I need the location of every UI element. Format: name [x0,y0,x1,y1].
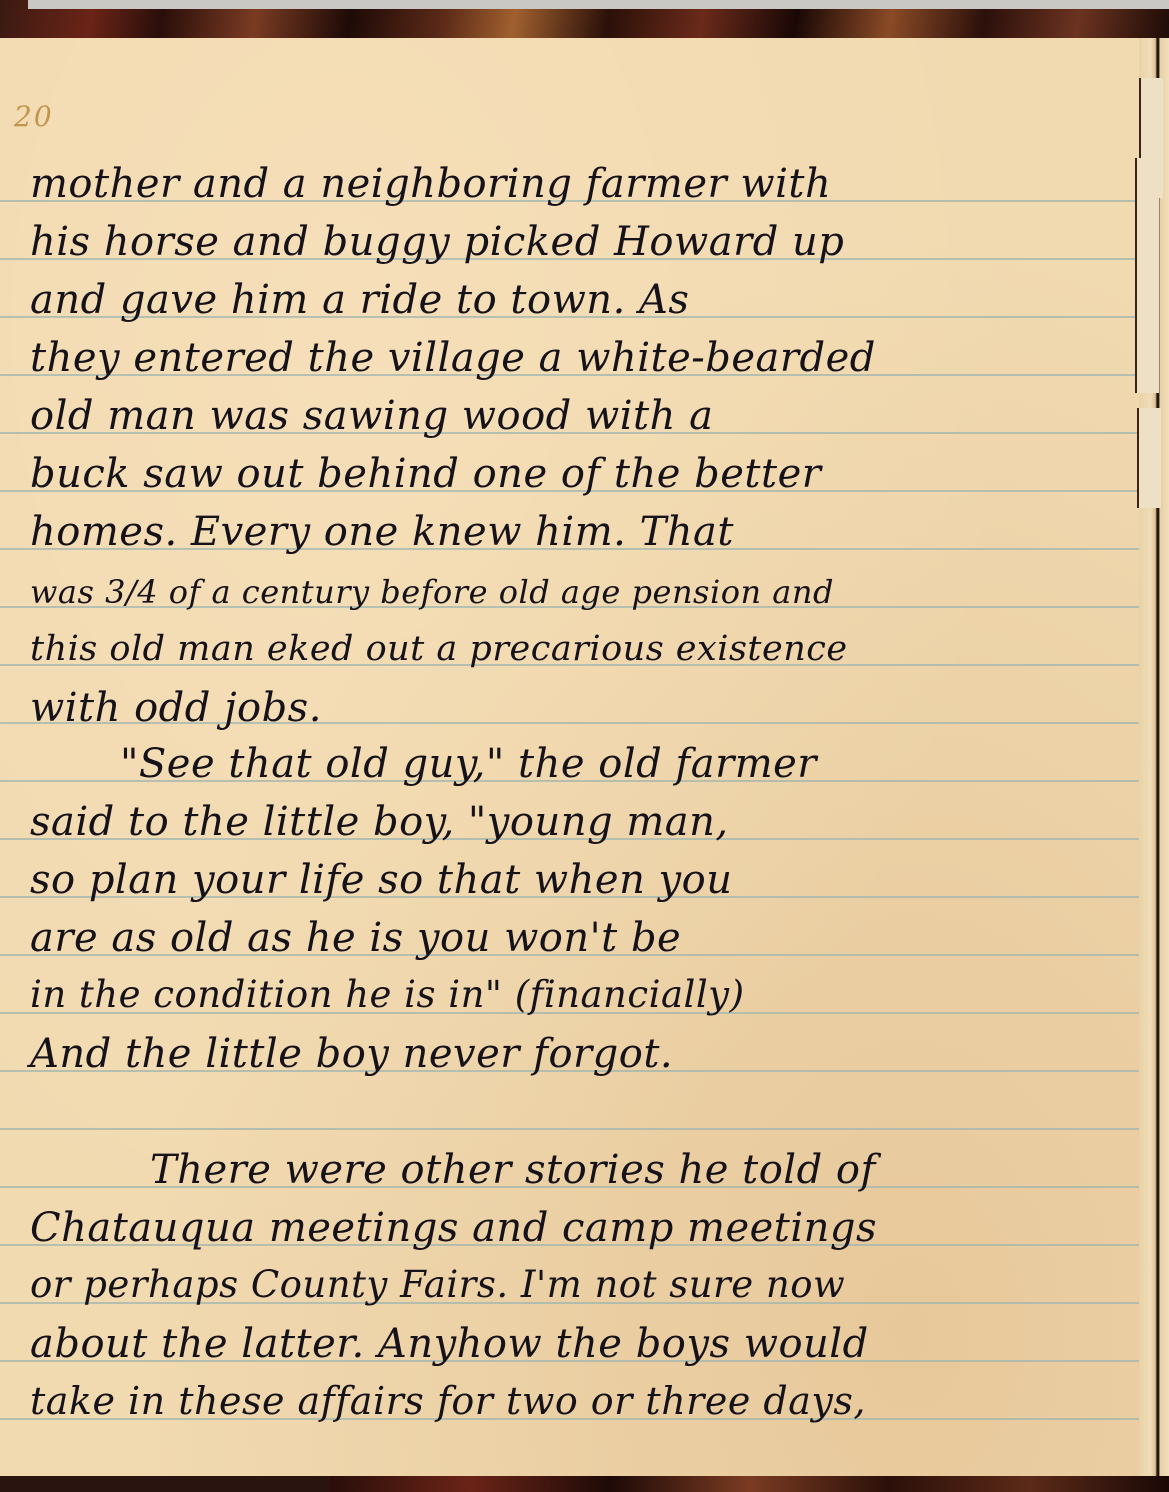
notebook-cover-bottom-edge [330,1476,1169,1492]
handwritten-line: was 3/4 of a century before old age pens… [30,576,834,608]
handwritten-line: they entered the village a white-bearded [30,338,876,378]
handwritten-line: "See that old guy," the old farmer [120,744,817,784]
handwritten-line: in the condition he is in" (financially) [30,976,745,1013]
handwritten-line: this old man eked out a precarious exist… [30,632,848,667]
page-number: 20 [14,100,54,133]
handwritten-line: his horse and buggy picked Howard up [30,222,844,262]
handwritten-line: Chatauqua meetings and camp meetings [30,1208,877,1248]
handwritten-line: about the latter. Anyhow the boys would [30,1324,869,1364]
handwritten-line: And the little boy never forgot. [30,1034,673,1074]
torn-binding-edge [1139,38,1169,1476]
ruled-line [0,1128,1140,1130]
notebook-page: 20 mother and a neighboring farmer with … [0,38,1140,1476]
handwritten-line: There were other stories he told of [150,1150,876,1190]
handwritten-line: old man was sawing wood with a [30,396,713,436]
binding-tape-tab [1137,408,1161,508]
handwritten-line: and gave him a ride to town. As [30,280,689,320]
handwritten-line: take in these affairs for two or three d… [30,1382,866,1420]
handwritten-line: with odd jobs. [30,688,322,728]
handwritten-line: homes. Every one knew him. That [30,512,734,552]
handwritten-line: or perhaps County Fairs. I'm not sure no… [30,1266,845,1303]
handwritten-line: buck saw out behind one of the better [30,454,821,494]
handwritten-line: mother and a neighboring farmer with [30,164,831,204]
handwritten-line: are as old as he is you won't be [30,918,681,958]
binding-tape-tab [1135,158,1159,393]
handwritten-line: said to the little boy, "young man, [30,802,729,842]
handwritten-line: so plan your life so that when you [30,860,733,900]
notebook-cover-top-edge [0,0,1169,40]
